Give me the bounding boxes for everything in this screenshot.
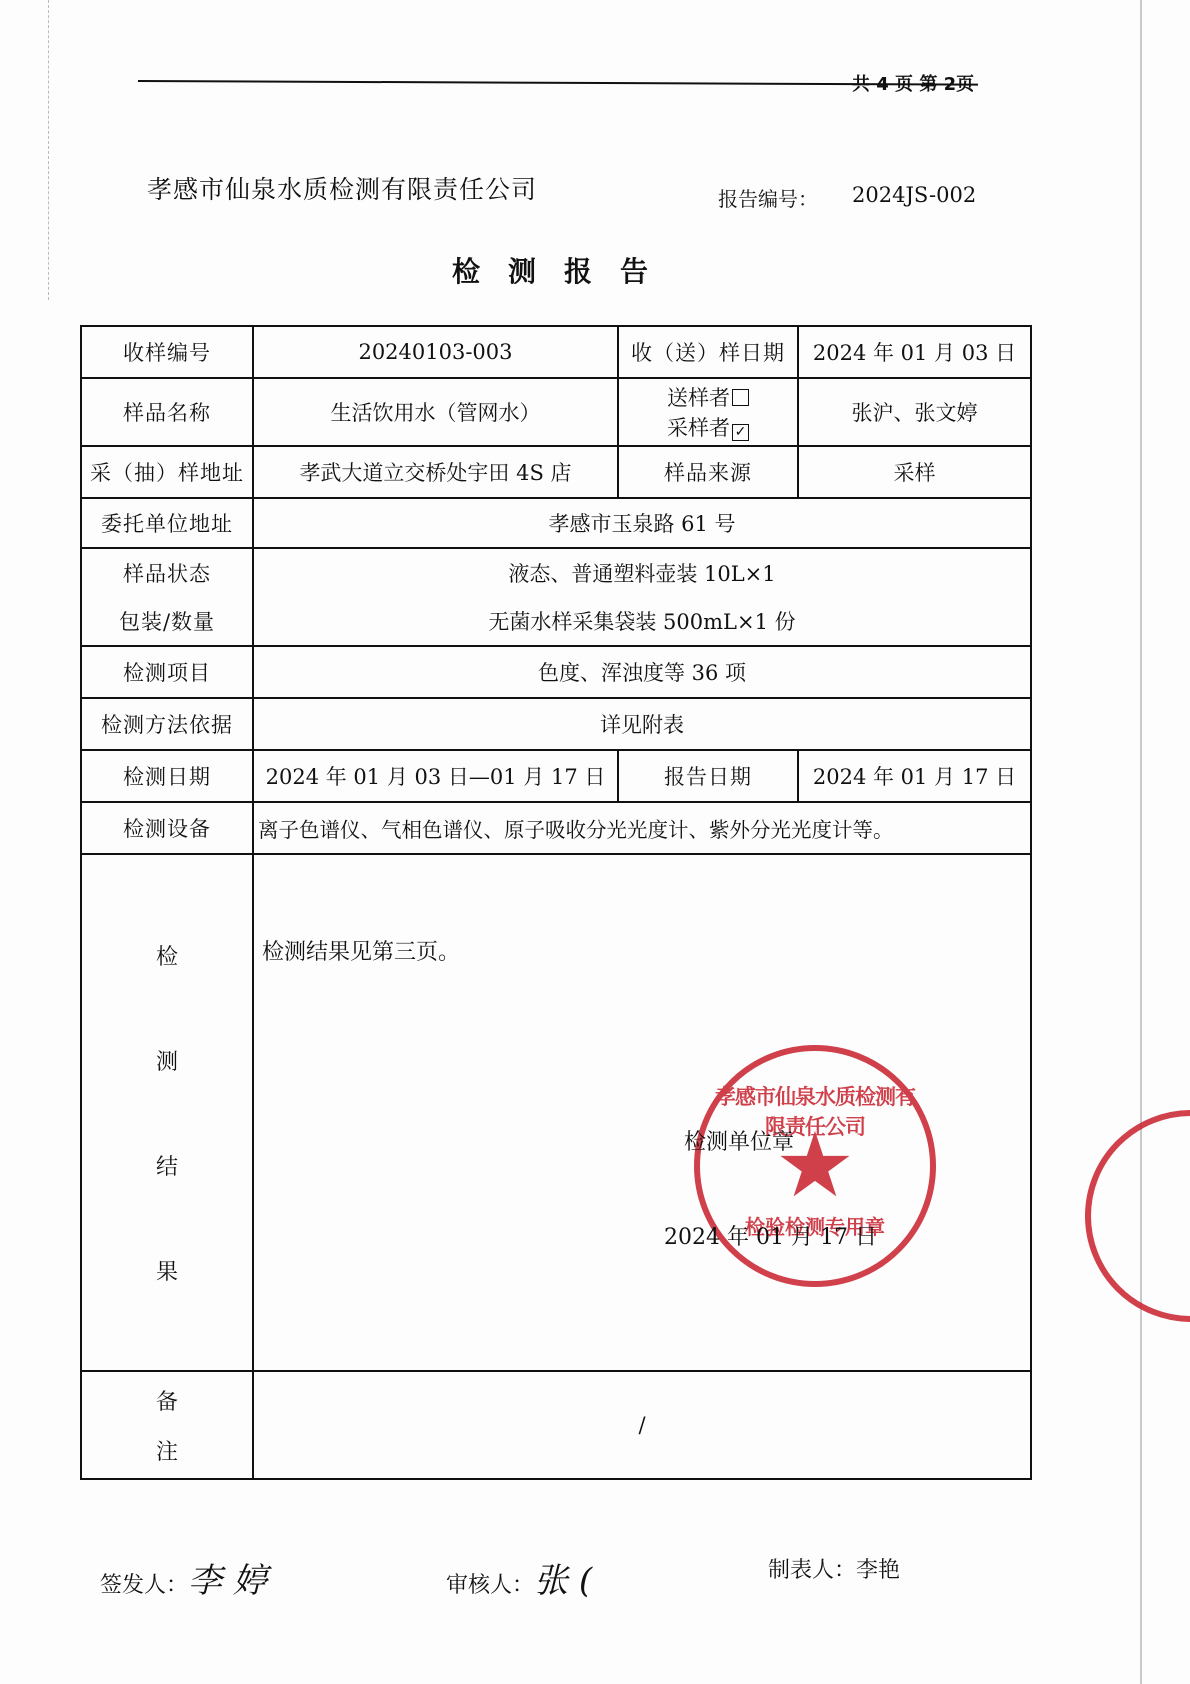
test-date-label: 检测日期 [81,750,253,802]
sample-name-label: 样品名称 [81,378,253,446]
sample-name: 生活饮用水（管网水） [253,378,618,446]
table-row: 检测设备 离子色谱仪、气相色谱仪、原子吸收分光光度计、紫外分光光度计等。 [81,802,1031,854]
packaging-label: 包装/数量 [86,606,248,636]
company-name: 孝感市仙泉水质检测有限责任公司 [147,170,537,206]
results-text: 检测结果见第三页。 [262,935,460,966]
table-row: 检测日期 2024 年 01 月 03 日—01 月 17 日 报告日期 202… [81,750,1031,802]
equipment: 离子色谱仪、气相色谱仪、原子吸收分光光度计、紫外分光光度计等。 [253,802,1031,854]
results-label-char: 检 [156,940,178,971]
remarks: / [253,1371,1031,1479]
sampler-checkbox[interactable]: ✓ [732,424,749,441]
results-label-char: 果 [156,1255,178,1286]
method: 详见附表 [253,698,1031,750]
sampler-label: 采样者 [667,416,730,440]
sample-no-label: 收样编号 [81,326,253,378]
test-date: 2024 年 01 月 03 日—01 月 17 日 [253,750,618,802]
sender-type-cell: 送样者 采样者✓ [618,378,798,446]
report-no: 2024JS-002 [852,183,976,207]
reviewer-label: 审核人： [446,1573,534,1598]
scan-edge [48,0,50,300]
results-label-char: 测 [156,1045,178,1076]
table-row: 样品名称 生活饮用水（管网水） 送样者 采样者✓ 张沪、张文婷 [81,378,1031,446]
table-row: 采（抽）样地址 孝武大道立交桥处宇田 4S 店 样品来源 采样 [81,446,1031,498]
sampling-address: 孝武大道立交桥处宇田 4S 店 [253,446,618,498]
sample-source-label: 样品来源 [618,446,798,498]
table-row: 委托单位地址 孝感市玉泉路 61 号 [81,498,1031,548]
partial-seal-edge [1085,1110,1190,1322]
receive-date: 2024 年 01 月 03 日 [798,326,1031,378]
report-date-label: 报告日期 [618,750,798,802]
issuer: 签发人：李 婷 [100,1553,267,1602]
remarks-label-char: 注 [156,1435,178,1466]
sender-label: 送样者 [667,386,730,410]
report-title: 检测报告 [452,250,676,290]
issuer-signature: 李 婷 [188,1561,267,1601]
sender-checkbox[interactable] [732,389,749,406]
sample-no: 20240103-003 [253,326,618,378]
sampling-address-label: 采（抽）样地址 [81,446,253,498]
page-edge [1140,0,1142,1684]
preparer-name: 李艳 [856,1558,900,1583]
table-row: 检测项目 色度、浑浊度等 36 项 [81,646,1031,698]
table-row: 收样编号 20240103-003 收（送）样日期 2024 年 01 月 03… [81,326,1031,378]
remarks-label-cell: 备 注 [81,1371,253,1479]
results-cell: 检测结果见第三页。 孝感市仙泉水质检测有限责任公司 ★ 检验检测专用章 检测单位… [253,854,1031,1371]
stamp-label: 检测单位章 [684,1125,794,1156]
client-address-label: 委托单位地址 [81,498,253,548]
reviewer-signature: 张 ( [534,1561,592,1601]
sample-state-cell: 液态、普通塑料壶装 10L×1 无菌水样采集袋装 500mL×1 份 [253,548,1031,646]
table-row: 样品状态 包装/数量 液态、普通塑料壶装 10L×1 无菌水样采集袋装 500m… [81,548,1031,646]
test-items-label: 检测项目 [81,646,253,698]
test-items: 色度、浑浊度等 36 项 [253,646,1031,698]
page-info: 共 4 页 第 2页 [852,70,974,96]
sample-state-label-cell: 样品状态 包装/数量 [81,548,253,646]
sample-state-line2: 无菌水样采集袋装 500mL×1 份 [258,606,1026,636]
sample-state-line1: 液态、普通塑料壶装 10L×1 [258,558,1026,588]
preparer: 制表人：李艳 [768,1553,900,1584]
remarks-label-char: 备 [156,1385,178,1416]
stamp-date: 2024 年 01 月 17 日 [664,1220,877,1251]
report-table: 收样编号 20240103-003 收（送）样日期 2024 年 01 月 03… [80,325,1032,1480]
report-date: 2024 年 01 月 17 日 [798,750,1031,802]
preparer-label: 制表人： [768,1558,856,1583]
receive-date-label: 收（送）样日期 [618,326,798,378]
results-label-cell: 检 测 结 果 [81,854,253,1371]
sample-state-label: 样品状态 [86,558,248,588]
table-row: 检 测 结 果 检测结果见第三页。 孝感市仙泉水质检测有限责任公司 ★ 检验检测… [81,854,1031,1371]
table-row: 检测方法依据 详见附表 [81,698,1031,750]
report-no-label: 报告编号： [718,183,818,212]
method-label: 检测方法依据 [81,698,253,750]
table-row: 备 注 / [81,1371,1031,1479]
sample-source: 采样 [798,446,1031,498]
results-label-char: 结 [156,1150,178,1181]
issuer-label: 签发人： [100,1573,188,1598]
client-address: 孝感市玉泉路 61 号 [253,498,1031,548]
sampler-names: 张沪、张文婷 [798,378,1031,446]
reviewer: 审核人：张 ( [446,1553,592,1602]
equipment-label: 检测设备 [81,802,253,854]
